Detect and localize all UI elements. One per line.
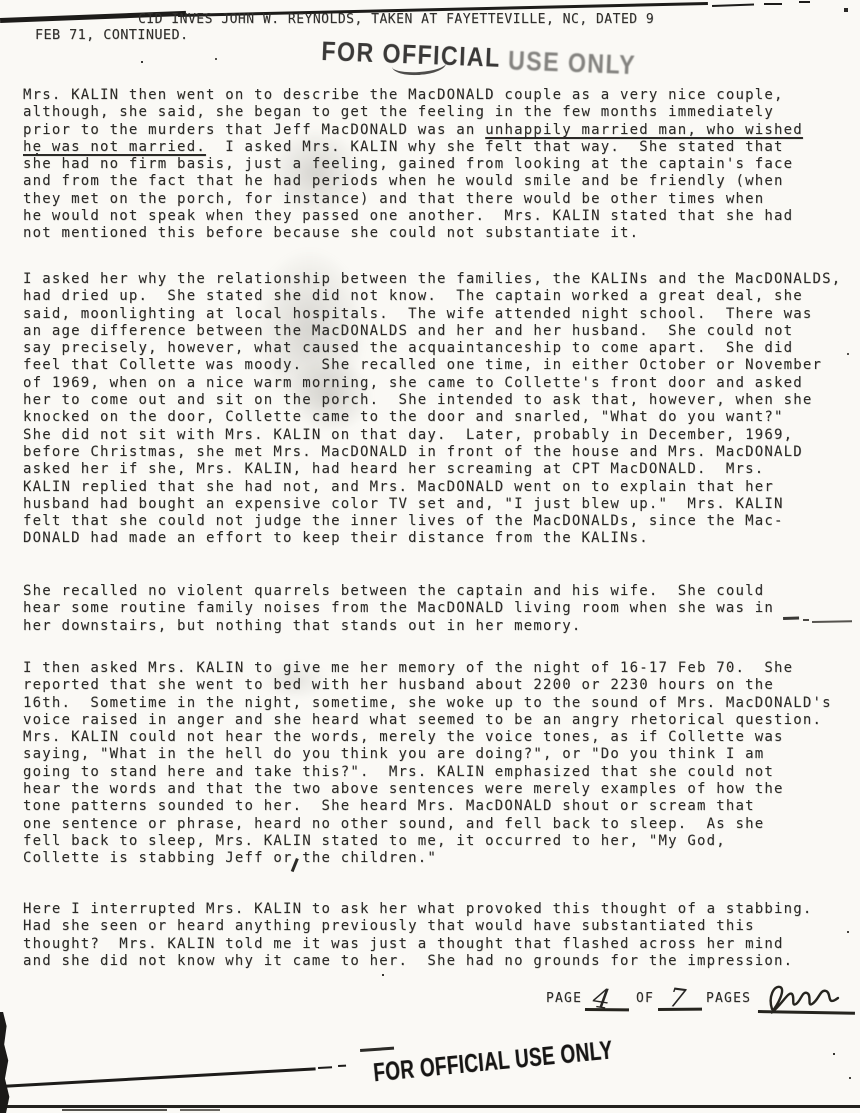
scan-line-fragment	[318, 1066, 332, 1069]
stamp-text: USE ONLY	[507, 45, 636, 81]
document-page: CID INVES JOHN W. REYNOLDS, TAKEN AT FAY…	[0, 0, 860, 1113]
page-label: PAGE	[546, 991, 582, 1006]
scan-line-fragment	[338, 1065, 346, 1067]
page-bottom-edge-line	[0, 1105, 860, 1108]
scan-line-fragment	[712, 4, 754, 7]
paragraph-1-line-3: prior to the murders that Jeff MacDONALD…	[23, 122, 803, 139]
scan-line-fragment	[799, 1, 810, 3]
total-pages-underline	[658, 1008, 702, 1011]
text-run: I asked Mrs. KALIN why she felt that way…	[206, 139, 784, 155]
scan-edge-tear	[0, 1012, 11, 1113]
cutoff-text-fragment	[180, 1109, 220, 1111]
page-number-underline	[585, 1008, 629, 1011]
paragraph-4: I then asked Mrs. KALIN to give me her m…	[23, 660, 832, 868]
scan-line-fragment	[764, 3, 782, 5]
official-use-stamp-top: FOR OFFICIAL USE ONLY	[321, 36, 637, 79]
margin-dash	[803, 619, 809, 621]
handwritten-page-number: 4	[591, 983, 613, 1016]
margin-dash	[812, 620, 852, 622]
header-line-2: FEB 71, CONTINUED.	[35, 27, 189, 43]
paragraph-1-line-4: he was not married. I asked Mrs. KALIN w…	[23, 139, 784, 156]
text-run: prior to the murders that Jeff MacDONALD…	[23, 122, 485, 138]
header-line-1: CID INVES JOHN W. REYNOLDS, TAKEN AT FAY…	[138, 12, 654, 27]
paragraph-2: I asked her why the relationship between…	[23, 271, 841, 548]
margin-dash	[783, 616, 799, 619]
speckle-noise	[0, 0, 2, 2]
paragraph-3: She recalled no violent quarrels between…	[23, 583, 774, 635]
paragraph-1-part-b: she had no firm basis, just a feeling, g…	[23, 156, 793, 242]
of-label: OF	[636, 991, 654, 1006]
cutoff-text-fragment	[62, 1109, 167, 1111]
underlined-text: unhappily married man, who wished	[485, 122, 803, 138]
official-use-stamp-bottom: FOR OFFICIAL USE ONLY	[372, 1035, 614, 1088]
underlined-text: he was not married.	[23, 139, 206, 155]
paragraph-1-part-a: Mrs. KALIN then went on to describe the …	[23, 87, 784, 122]
pages-label: PAGES	[706, 991, 751, 1006]
paragraph-5: Here I interrupted Mrs. KALIN to ask her…	[23, 901, 813, 970]
scan-line-bottom	[0, 1067, 316, 1087]
handwritten-dash-mark	[360, 1047, 394, 1052]
